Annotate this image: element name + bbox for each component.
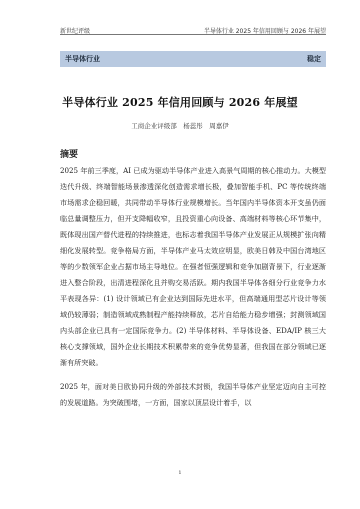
industry-outlook-band: 半导体行业 稳定 bbox=[60, 51, 326, 67]
industry-label: 半导体行业 bbox=[65, 54, 100, 64]
page-number: 1 bbox=[0, 470, 360, 476]
outlook-label: 稳定 bbox=[307, 54, 321, 64]
paragraph: 2025 年，面对美日欧协同升级的外部技术封锁，我国半导体产业坚定迈向自主可控的… bbox=[60, 379, 326, 411]
paragraph: 2025 年前三季度，AI 已成为驱动半导体产业进入高景气周期的核心推动力。大模… bbox=[60, 163, 326, 371]
report-authors: 工商企业评级部 杨蕊彤 周嘉伊 bbox=[0, 121, 360, 130]
abstract-body: 2025 年前三季度，AI 已成为驱动半导体产业进入高景气周期的核心推动力。大模… bbox=[60, 163, 326, 411]
section-heading-abstract: 摘要 bbox=[60, 147, 78, 160]
report-title: 半导体行业 2025 年信用回顾与 2026 年展望 bbox=[0, 94, 360, 110]
header-divider bbox=[60, 34, 326, 35]
